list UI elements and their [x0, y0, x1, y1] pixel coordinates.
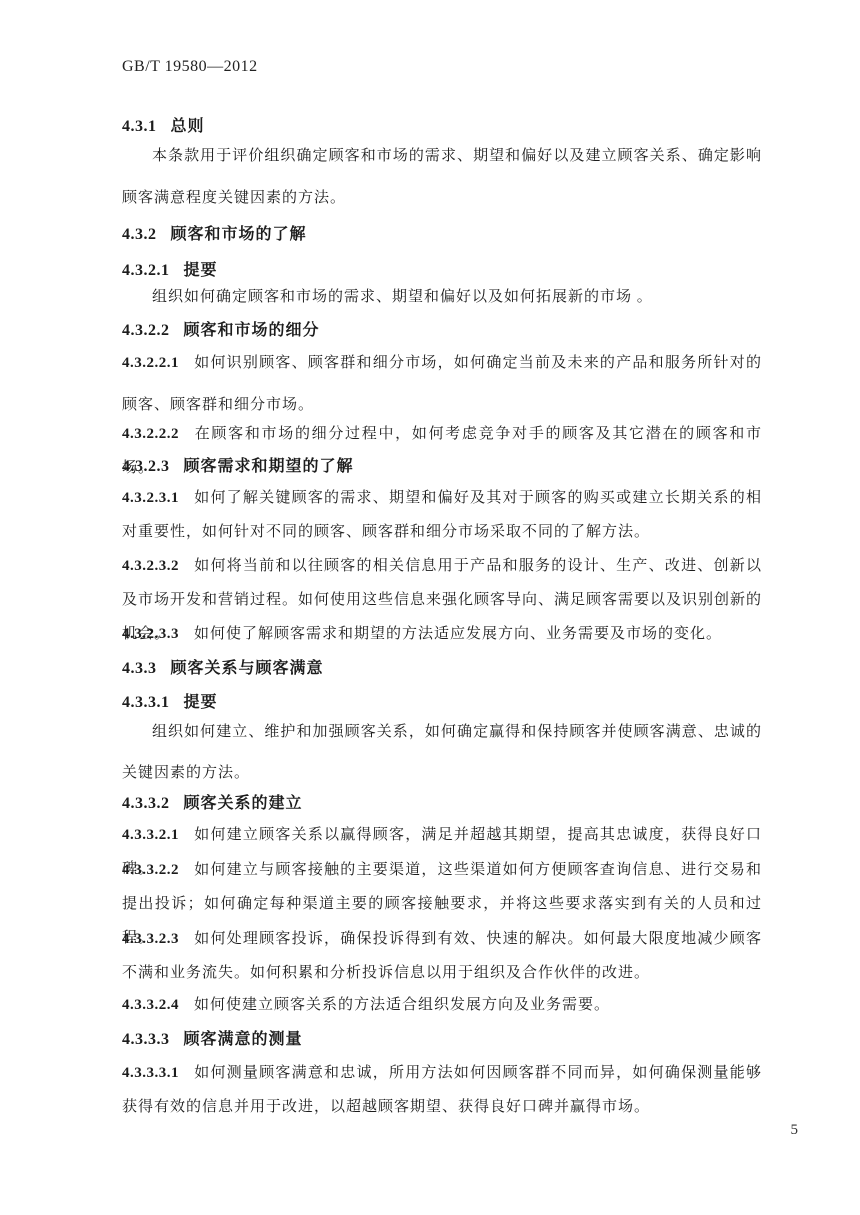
section-heading-4-3-2-1: 4.3.2.1提要	[122, 260, 762, 282]
clause-number: 4.3.2.2.1	[122, 355, 179, 371]
section-heading-4-3-3: 4.3.3顾客关系与顾客满意	[122, 658, 762, 680]
section-heading-4-3-3-2: 4.3.3.2顾客关系的建立	[122, 793, 762, 815]
section-number: 4.3.2.2	[122, 322, 170, 339]
clause-number: 4.3.2.3.3	[122, 626, 179, 642]
clause-4-3-2-3-1: 4.3.2.3.1如何了解关键顾客的需求、期望和偏好及其对于顾客的购买或建立长期…	[122, 481, 762, 549]
section-title: 顾客关系与顾客满意	[171, 660, 324, 677]
clause-number: 4.3.3.2.4	[122, 997, 179, 1013]
clause-number: 4.3.3.2.3	[122, 931, 179, 947]
section-number: 4.3.3.1	[122, 694, 170, 711]
clause-number: 4.3.3.3.1	[122, 1065, 179, 1081]
standard-code-header: GB/T 19580—2012	[122, 58, 258, 76]
section-heading-4-3-2-2: 4.3.2.2顾客和市场的细分	[122, 320, 762, 342]
section-number: 4.3.3.2	[122, 795, 170, 812]
document-page: GB/T 19580—2012 4.3.1总则 本条款用于评价组织确定顾客和市场…	[0, 0, 860, 1215]
clause-number: 4.3.2.3.2	[122, 558, 179, 574]
clause-4-3-3-2-4: 4.3.3.2.4如何使建立顾客关系的方法适合组织发展方向及业务需要。	[122, 988, 762, 1022]
section-number: 4.3.3.3	[122, 1031, 170, 1048]
section-heading-4-3-2-3: 4.3.2.3顾客需求和期望的了解	[122, 456, 762, 478]
clause-number: 4.3.2.2.2	[122, 426, 179, 442]
clause-text: 如何使了解顾客需求和期望的方法适应发展方向、业务需要及市场的变化。	[194, 626, 722, 642]
page-content: GB/T 19580—2012 4.3.1总则 本条款用于评价组织确定顾客和市场…	[122, 0, 762, 1215]
section-heading-4-3-3-3: 4.3.3.3顾客满意的测量	[122, 1029, 762, 1051]
clause-number: 4.3.2.3.1	[122, 490, 179, 506]
clause-text: 如何测量顾客满意和忠诚，所用方法如何因顾客群不同而异，如何确保测量能够获得有效的…	[122, 1065, 762, 1115]
section-title: 提要	[184, 262, 218, 279]
clause-text: 如何处理顾客投诉，确保投诉得到有效、快速的解决。如何最大限度地减少顾客不满和业务…	[122, 931, 762, 981]
section-number: 4.3.2.1	[122, 262, 170, 279]
clause-number: 4.3.3.2.2	[122, 862, 179, 878]
clause-4-3-2-2-1: 4.3.2.2.1如何识别顾客、顾客群和细分市场，如何确定当前及未来的产品和服务…	[122, 342, 762, 426]
section-heading-4-3-2: 4.3.2顾客和市场的了解	[122, 224, 762, 246]
clause-4-3-2-3-3: 4.3.2.3.3如何使了解顾客需求和期望的方法适应发展方向、业务需要及市场的变…	[122, 617, 762, 651]
paragraph-4-3-2-1: 组织如何确定顾客和市场的需求、期望和偏好以及如何拓展新的市场 。	[122, 280, 762, 314]
section-title: 总则	[171, 118, 205, 135]
clause-text: 如何识别顾客、顾客群和细分市场，如何确定当前及未来的产品和服务所针对的顾客、顾客…	[122, 355, 762, 413]
section-number: 4.3.3	[122, 660, 157, 677]
section-number: 4.3.2	[122, 226, 157, 243]
clause-number: 4.3.3.2.1	[122, 827, 179, 843]
section-title: 顾客需求和期望的了解	[184, 458, 354, 475]
section-number: 4.3.1	[122, 118, 157, 135]
paragraph-4-3-1: 本条款用于评价组织确定顾客和市场的需求、期望和偏好以及建立顾客关系、确定影响顾客…	[122, 135, 762, 219]
clause-text: 如何使建立顾客关系的方法适合组织发展方向及业务需要。	[194, 997, 610, 1013]
section-title: 顾客满意的测量	[184, 1031, 303, 1048]
section-title: 顾客关系的建立	[184, 795, 303, 812]
section-title: 顾客和市场的了解	[171, 226, 307, 243]
page-number: 5	[791, 1122, 799, 1139]
clause-4-3-3-3-1: 4.3.3.3.1如何测量顾客满意和忠诚，所用方法如何因顾客群不同而异，如何确保…	[122, 1056, 762, 1124]
section-heading-4-3-3-1: 4.3.3.1提要	[122, 692, 762, 714]
section-title: 提要	[184, 694, 218, 711]
paragraph-4-3-3-1: 组织如何建立、维护和加强顾客关系，如何确定赢得和保持顾客并使顾客满意、忠诚的关键…	[122, 712, 762, 794]
section-number: 4.3.2.3	[122, 458, 170, 475]
clause-text: 如何了解关键顾客的需求、期望和偏好及其对于顾客的购买或建立长期关系的相对重要性，…	[122, 490, 762, 540]
section-title: 顾客和市场的细分	[184, 322, 320, 339]
clause-4-3-3-2-3: 4.3.3.2.3如何处理顾客投诉，确保投诉得到有效、快速的解决。如何最大限度地…	[122, 922, 762, 990]
